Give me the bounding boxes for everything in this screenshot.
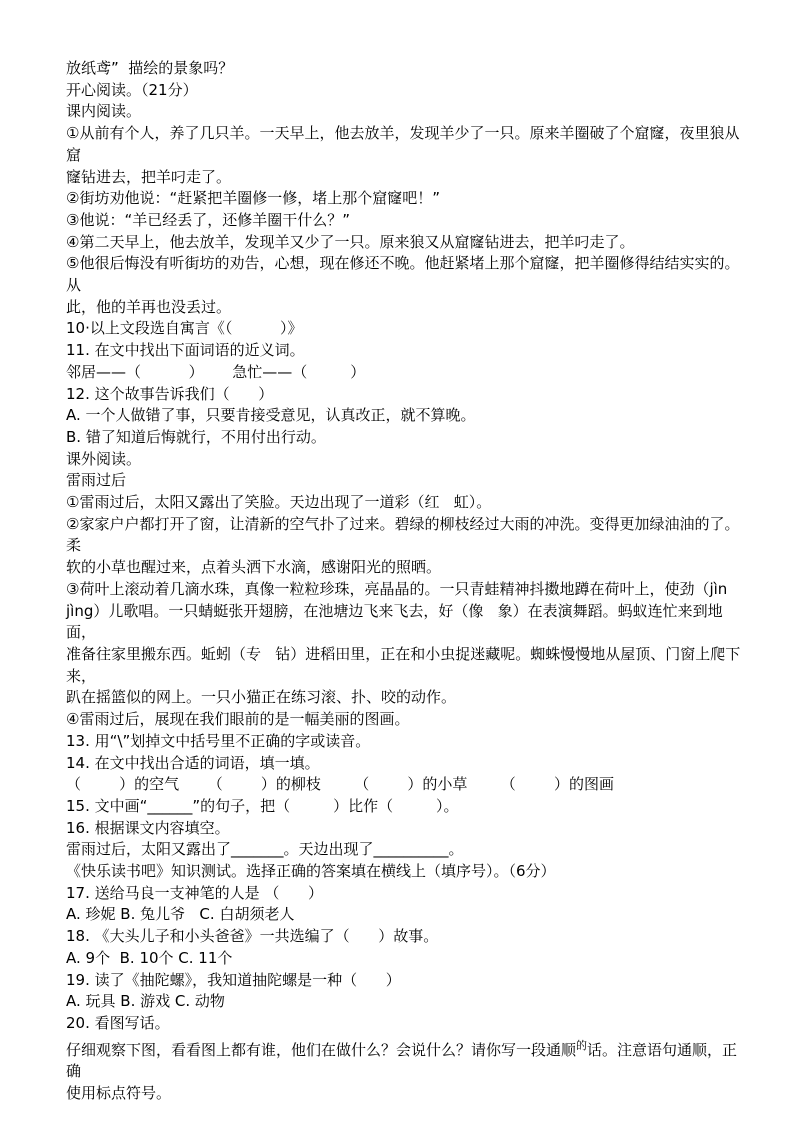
text-line-10: 此，他的羊再也没丢过。: [66, 297, 744, 319]
text-line-33: 《快乐读书吧》知识测试。选择正确的答案填在横线上（填序号）。（6分）: [66, 861, 744, 883]
text-line-9: ⑤他很后悔没有听街坊的劝告，心想，现在修还不晚。他赶紧堵上那个窟窿，把羊圈修得结…: [66, 253, 744, 296]
text-line-16: B. 错了知道后悔就行，不用付出行动。: [66, 427, 744, 449]
text-line-13: 邻居——（ ） 急忙——（ ）: [66, 362, 744, 384]
text-line-6: ②街坊劝他说：“赶紧把羊圈修一修，堵上那个窟窿吧！”: [66, 188, 744, 210]
text-segment: 软的小草也醒过来，点着头洒下水滴，感谢阳光的照晒。: [66, 558, 441, 576]
text-line-29: （ ）的空气 （ ）的柳枝 （ ）的小草 （ ）的图画: [66, 774, 744, 796]
text-segment: A. 一个人做错了事，只要肯接受意见，认真改正，就不算晚。: [66, 406, 476, 424]
text-segment: A. 9个 B. 10个 C. 11个: [66, 949, 232, 967]
text-segment: 开心阅读。（21分）: [66, 81, 198, 99]
text-line-28: 14. 在文中找出合适的词语，填一填。: [66, 753, 744, 775]
text-segment: 窿钻进去，把羊叼走了。: [66, 168, 231, 186]
text-line-37: A. 9个 B. 10个 C. 11个: [66, 948, 744, 970]
text-segment: 11. 在文中找出下面词语的近义词。: [66, 341, 305, 359]
text-segment: 《快乐读书吧》知识测试。选择正确的答案填在横线上（填序号）。（6分）: [66, 862, 556, 880]
text-line-12: 11. 在文中找出下面词语的近义词。: [66, 340, 744, 362]
text-segment: 12. 这个故事告诉我们（ ）: [66, 385, 273, 403]
text-segment: B. 错了知道后悔就行，不用付出行动。: [66, 428, 326, 446]
text-line-39: A. 玩具 B. 游戏 C. 动物: [66, 991, 744, 1013]
text-segment: jìng）儿歌唱。一只蜻蜓张开翅膀，在池塘边飞来飞去，好（像 象）在表演舞蹈。蚂…: [66, 602, 723, 642]
text-segment: 16. 根据课文内容填空。: [66, 819, 230, 837]
text-segment: 放纸鸢” 描绘的景象吗？: [66, 59, 233, 77]
text-line-27: 13. 用“\”划掉文中括号里不正确的字或读音。: [66, 731, 744, 753]
text-segment: 仔细观察下图，看看图上都有谁，他们在做什么？会说什么？请你写一段通顺: [66, 1041, 576, 1059]
text-segment: 19. 读了《抽陀螺》，我知道抽陀螺是一种（ ）: [66, 971, 401, 989]
text-line-14: 12. 这个故事告诉我们（ ）: [66, 384, 744, 406]
text-line-26: ④雷雨过后，展现在我们眼前的是一幅美丽的图画。: [66, 709, 744, 731]
text-line-18: 雷雨过后: [66, 470, 744, 492]
text-segment: 此，他的羊再也没丢过。: [66, 298, 231, 316]
text-segment: A. 玩具 B. 游戏 C. 动物: [66, 992, 225, 1010]
text-segment: 20. 看图写话。: [66, 1014, 170, 1032]
text-line-42: 使用标点符号。: [66, 1083, 744, 1105]
text-line-2: 开心阅读。（21分）: [66, 80, 744, 102]
text-segment: 14. 在文中找出合适的词语，填一填。: [66, 754, 320, 772]
text-line-35: A. 珍妮 B. 兔儿爷 C. 白胡须老人: [66, 904, 744, 926]
text-segment: 15. 文中画“______”的句子，把（ ）比作（ ）。: [66, 797, 459, 815]
text-line-32: 雷雨过后，太阳又露出了_______。天边出现了__________。: [66, 839, 744, 861]
text-segment: ③荷叶上滚动着几滴水珠，真像一粒粒珍珠，亮晶晶的。一只青蛙精神抖擞地蹲在荷叶上，…: [66, 580, 727, 598]
text-segment: 使用标点符号。: [66, 1084, 171, 1102]
text-line-15: A. 一个人做错了事，只要肯接受意见，认真改正，就不算晚。: [66, 405, 744, 427]
text-line-25: 趴在摇篮似的网上。一只小猫正在练习滚、扑、咬的动作。: [66, 687, 744, 709]
text-segment: ②街坊劝他说：“赶紧把羊圈修一修，堵上那个窟窿吧！”: [66, 189, 440, 207]
text-line-21: 软的小草也醒过来，点着头洒下水滴，感谢阳光的照晒。: [66, 557, 744, 579]
text-segment: （ ）的空气 （ ）的柳枝 （ ）的小草 （ ）的图画: [66, 775, 614, 793]
text-line-3: 课内阅读。: [66, 101, 744, 123]
text-segment: ②家家户户都打开了窗，让清新的空气扑了过来。碧绿的柳枝经过大雨的冲洗。变得更加绿…: [66, 515, 739, 555]
text-line-30: 15. 文中画“______”的句子，把（ ）比作（ ）。: [66, 796, 744, 818]
text-line-19: ①雷雨过后，太阳又露出了笑脸。天边出现了一道彩（红 虹）。: [66, 492, 744, 514]
text-segment: ⑤他很后悔没有听街坊的劝告，心想，现在修还不晚。他赶紧堵上那个窟窿，把羊圈修得结…: [66, 254, 739, 294]
text-line-31: 16. 根据课文内容填空。: [66, 818, 744, 840]
text-segment: A. 珍妮 B. 兔儿爷 C. 白胡须老人: [66, 905, 294, 923]
text-line-1: 放纸鸢” 描绘的景象吗？: [66, 58, 744, 80]
text-segment: 雷雨过后: [66, 471, 126, 489]
text-line-38: 19. 读了《抽陀螺》，我知道抽陀螺是一种（ ）: [66, 970, 744, 992]
text-line-34: 17. 送给马良一支神笔的人是 （ ）: [66, 883, 744, 905]
text-segment: ③他说：“羊已经丢了，还修羊圈干什么？”: [66, 211, 350, 229]
text-segment: ④第二天早上，他去放羊，发现羊又少了一只。原来狼又从窟窿钻进去，把羊叼走了。: [66, 233, 634, 251]
text-line-24: 准备往家里搬东西。蚯蚓（专 钻）进稻田里，正在和小虫捉迷藏呢。蜘蛛慢慢地从屋顶、…: [66, 644, 744, 687]
text-line-7: ③他说：“羊已经丢了，还修羊圈干什么？”: [66, 210, 744, 232]
text-line-4: ①从前有个人，养了几只羊。一天早上，他去放羊，发现羊少了一只。原来羊圈破了个窟窿…: [66, 123, 744, 166]
text-line-8: ④第二天早上，他去放羊，发现羊又少了一只。原来狼又从窟窿钻进去，把羊叼走了。: [66, 232, 744, 254]
text-line-40: 20. 看图写话。: [66, 1013, 744, 1035]
document-page-content: 放纸鸢” 描绘的景象吗？开心阅读。（21分）课内阅读。①从前有个人，养了几只羊。…: [66, 58, 744, 1105]
text-line-36: 18. 《大头儿子和小头爸爸》一共选编了（ ）故事。: [66, 926, 744, 948]
text-segment: ④雷雨过后，展现在我们眼前的是一幅美丽的图画。: [66, 710, 409, 728]
text-line-41: 仔细观察下图，看看图上都有谁，他们在做什么？会说什么？请你写一段通顺的话。注意语…: [66, 1035, 744, 1083]
text-line-20: ②家家户户都打开了窗，让清新的空气扑了过来。碧绿的柳枝经过大雨的冲洗。变得更加绿…: [66, 514, 744, 557]
text-line-11: 10·以上文段选自寓言《（ ）》: [66, 318, 744, 340]
text-segment: 趴在摇篮似的网上。一只小猫正在练习滚、扑、咬的动作。: [66, 688, 456, 706]
text-segment: 准备往家里搬东西。蚯蚓（专 钻）进稻田里，正在和小虫捉迷藏呢。蜘蛛慢慢地从屋顶、…: [66, 645, 740, 685]
superscript-char: 的: [576, 1039, 587, 1052]
text-segment: ①雷雨过后，太阳又露出了笑脸。天边出现了一道彩（红 虹）。: [66, 493, 491, 511]
text-segment: 雷雨过后，太阳又露出了_______。天边出现了__________。: [66, 840, 464, 858]
text-segment: 课内阅读。: [66, 102, 141, 120]
text-segment: 邻居——（ ） 急忙——（ ）: [66, 363, 365, 381]
text-segment: 课外阅读。: [66, 450, 141, 468]
text-line-23: jìng）儿歌唱。一只蜻蜓张开翅膀，在池塘边飞来飞去，好（像 象）在表演舞蹈。蚂…: [66, 601, 744, 644]
text-line-17: 课外阅读。: [66, 449, 744, 471]
text-line-22: ③荷叶上滚动着几滴水珠，真像一粒粒珍珠，亮晶晶的。一只青蛙精神抖擞地蹲在荷叶上，…: [66, 579, 744, 601]
text-segment: 10·以上文段选自寓言《（ ）》: [66, 319, 303, 337]
text-segment: 13. 用“\”划掉文中括号里不正确的字或读音。: [66, 732, 370, 750]
text-segment: ①从前有个人，养了几只羊。一天早上，他去放羊，发现羊少了一只。原来羊圈破了个窟窿…: [66, 124, 739, 164]
text-line-5: 窿钻进去，把羊叼走了。: [66, 167, 744, 189]
text-segment: 17. 送给马良一支神笔的人是 （ ）: [66, 884, 323, 902]
text-segment: 18. 《大头儿子和小头爸爸》一共选编了（ ）故事。: [66, 927, 438, 945]
